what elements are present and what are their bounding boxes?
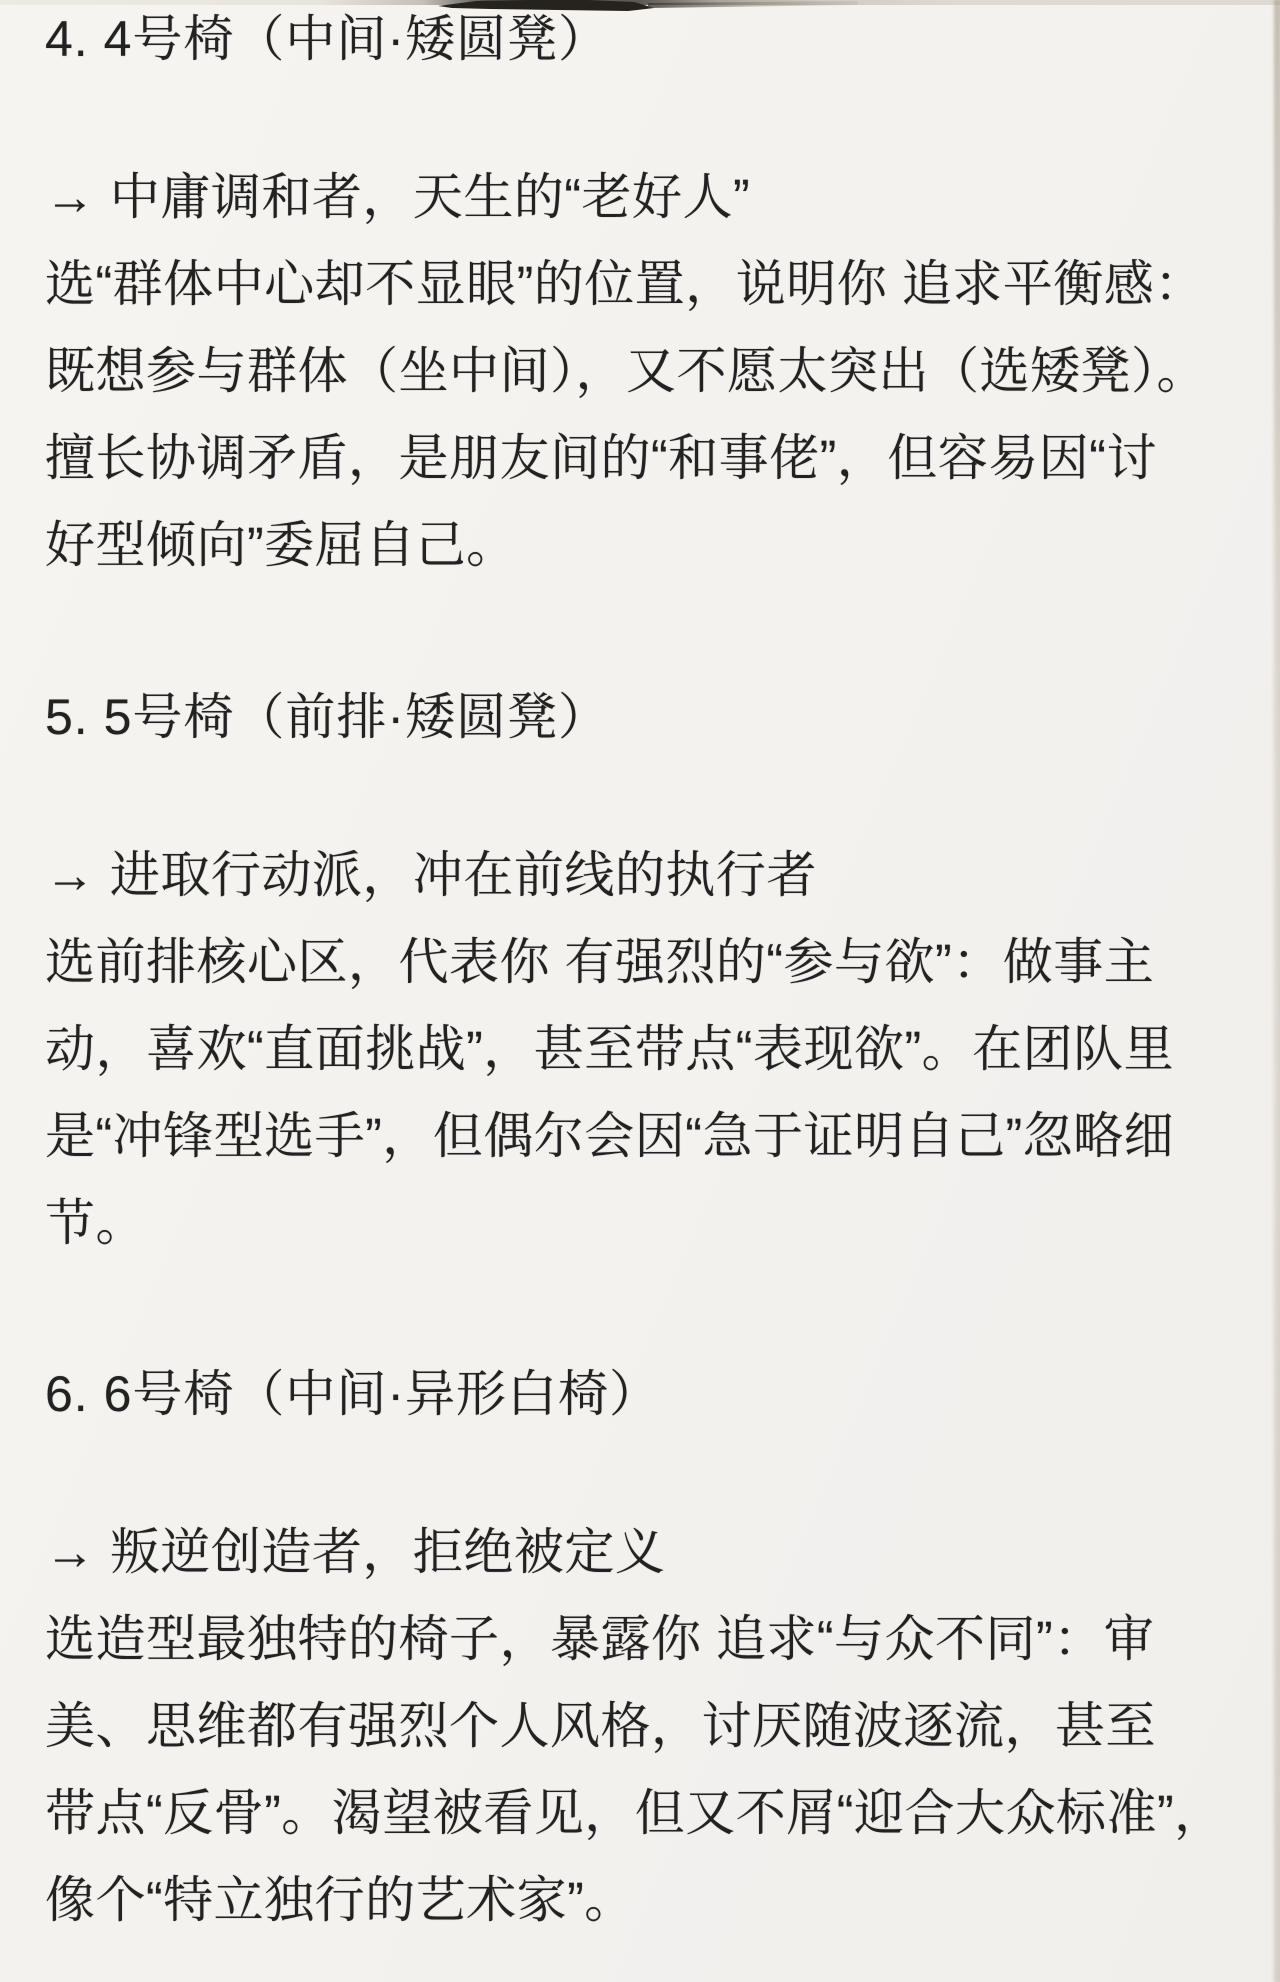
body-line: 像个“特立独行的艺术家”。	[45, 1857, 1245, 1944]
section-heading-chair-4: 4. 4号椅（中间·矮圆凳）	[45, 8, 1245, 70]
body-line: 既想参与群体（坐中间），又不愿太突出（选矮凳）。	[45, 328, 1245, 415]
body-line: 选“群体中心却不显眼”的位置，说明你 追求平衡感：	[45, 241, 1245, 328]
section-subtitle-chair-4: → 中庸调和者，天生的“老好人”	[45, 154, 1245, 241]
body-line: 是“冲锋型选手”，但偶尔会因“急于证明自己”忽略细	[45, 1093, 1245, 1180]
body-line: 选前排核心区，代表你 有强烈的“参与欲”：做事主	[45, 919, 1245, 1006]
text-content: 4. 4号椅（中间·矮圆凳） → 中庸调和者，天生的“老好人” 选“群体中心却不…	[45, 0, 1245, 1944]
body-line: 美、思维都有强烈个人风格，讨厌随波逐流，甚至	[45, 1683, 1245, 1770]
body-line: 好型倾向”委屈自己。	[45, 502, 1245, 589]
body-line: 带点“反骨”。渴望被看见，但又不屑“迎合大众标准”，	[45, 1770, 1245, 1857]
section-heading-chair-5: 5. 5号椅（前排·矮圆凳）	[45, 686, 1245, 748]
body-line: 选造型最独特的椅子，暴露你 追求“与众不同”：审	[45, 1596, 1245, 1683]
section-chair-4: 4. 4号椅（中间·矮圆凳） → 中庸调和者，天生的“老好人” 选“群体中心却不…	[45, 8, 1245, 589]
section-subtitle-chair-5: → 进取行动派，冲在前线的执行者	[45, 832, 1245, 919]
body-line: 动，喜欢“直面挑战”，甚至带点“表现欲”。在团队里	[45, 1006, 1245, 1093]
page: 4. 4号椅（中间·矮圆凳） → 中庸调和者，天生的“老好人” 选“群体中心却不…	[0, 0, 1280, 1982]
body-line: 节。	[45, 1180, 1245, 1267]
section-heading-chair-6: 6. 6号椅（中间·异形白椅）	[45, 1363, 1245, 1425]
body-line: 擅长协调矛盾，是朋友间的“和事佬”，但容易因“讨	[45, 415, 1245, 502]
section-chair-6: 6. 6号椅（中间·异形白椅） → 叛逆创造者，拒绝被定义 选造型最独特的椅子，…	[45, 1363, 1245, 1944]
section-chair-5: 5. 5号椅（前排·矮圆凳） → 进取行动派，冲在前线的执行者 选前排核心区，代…	[45, 686, 1245, 1267]
page-right-edge-shadow-inner	[1274, 0, 1280, 1982]
section-subtitle-chair-6: → 叛逆创造者，拒绝被定义	[45, 1509, 1245, 1596]
